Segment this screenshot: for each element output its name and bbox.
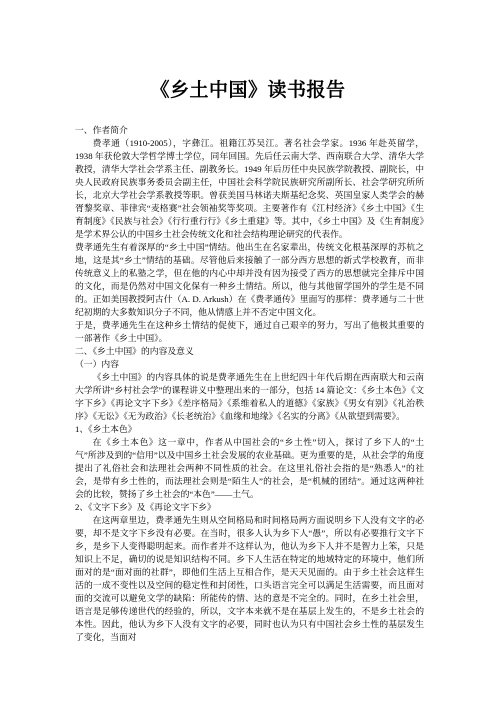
sub-heading: （一）内容 bbox=[75, 358, 424, 371]
document-title: 《乡土中国》读书报告 bbox=[0, 0, 496, 101]
paragraph: 在这两章里边，费孝通先生则从空间格局和时间格局两方面说明乡下人没有文字的必要，却… bbox=[75, 514, 424, 644]
paragraph: 《乡土中国》的内容具体的说是费孝通先生在上世纪四十年代后期在西南联大和云南大学所… bbox=[75, 371, 424, 423]
paragraph: 费孝通（1910-2005），字彝江。祖籍江苏吴江。著名社会学家。1936 年赴… bbox=[75, 137, 424, 241]
paragraph: 在《乡土本色》这一章中，作者从中国社会的“乡土性”切入，探讨了乡下人的“土气”所… bbox=[75, 436, 424, 501]
document-body: 一、作者简介费孝通（1910-2005），字彝江。祖籍江苏吴江。著名社会学家。1… bbox=[75, 124, 424, 644]
sub-heading: 1、《乡土本色》 bbox=[75, 423, 424, 436]
paragraph: 费孝通先生有着深厚的“乡土中国”情结。他出生在名家辈出，传统文化根基深厚的苏杭之… bbox=[75, 241, 424, 319]
document-page: 《乡土中国》读书报告 一、作者简介费孝通（1910-2005），字彝江。祖籍江苏… bbox=[0, 0, 496, 702]
paragraph: 于是，费孝通先生在这种乡土情结的促使下，通过自己艰辛的努力，写出了他极其重要的一… bbox=[75, 319, 424, 345]
section-heading: 一、作者简介 bbox=[75, 124, 424, 137]
section-heading: 二、《乡土中国》的内容及意义 bbox=[75, 345, 424, 358]
sub-heading: 2、《文字下乡》及《再论文字下乡》 bbox=[75, 501, 424, 514]
